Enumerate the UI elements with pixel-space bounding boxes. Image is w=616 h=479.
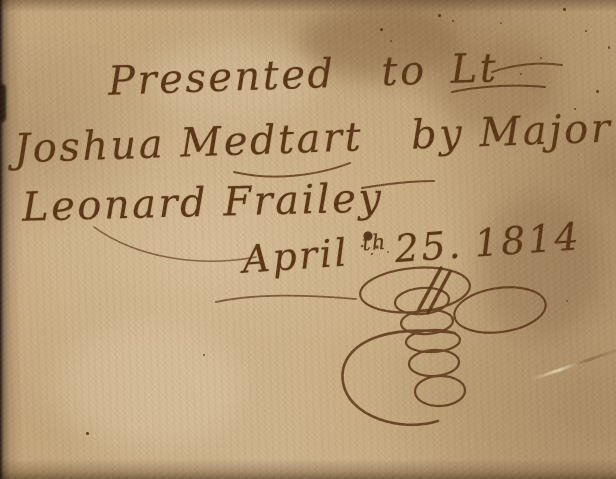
inscription-line-2: Joshua Medtartby Major [13,106,613,173]
inscription-line-3: Leonard Frailey [21,175,384,230]
paper-stain [55,325,245,450]
ink-speck [566,300,568,302]
paraph-entry-stroke [216,296,356,302]
ink-speck [585,30,587,32]
lead-in-sweep [94,227,256,261]
inscription-photo: PresentedtoLt Joshua Medtartby Major Leo… [0,0,616,479]
loop-paraph [342,263,548,425]
slash-marks [419,268,450,313]
word-lt: Lt [450,45,499,93]
word-joshua-medtart: Joshua Medtart [13,114,363,172]
date-day: 25. [393,222,464,271]
ink-speck [520,73,522,75]
ink-speck [540,57,542,59]
word-by-major: by Major [410,106,613,159]
ink-speck [86,432,89,435]
ink-speck [608,46,610,49]
ink-speck [500,22,502,24]
inscription-line-1: PresentedtoLt [107,45,499,105]
ink-speck [390,40,392,42]
page-edge-notch [0,84,6,122]
date-month: April [241,230,351,281]
word-presented: Presented [107,51,336,105]
word-to: to [381,48,428,96]
ink-speck [563,8,566,11]
by-underline-stroke [234,163,350,177]
date-ordinal: th [361,230,387,256]
ink-speck [380,28,383,31]
paper-crease [530,346,616,381]
ink-speck [438,14,441,17]
word-leonard-frailey: Leonard Frailey [21,175,384,230]
date-year: 1814 [473,214,583,265]
ink-speck [596,90,599,93]
ink-speck [452,20,454,22]
inscription-date-line: Aprilth25.1814 [241,214,583,282]
ink-speck [203,354,205,356]
